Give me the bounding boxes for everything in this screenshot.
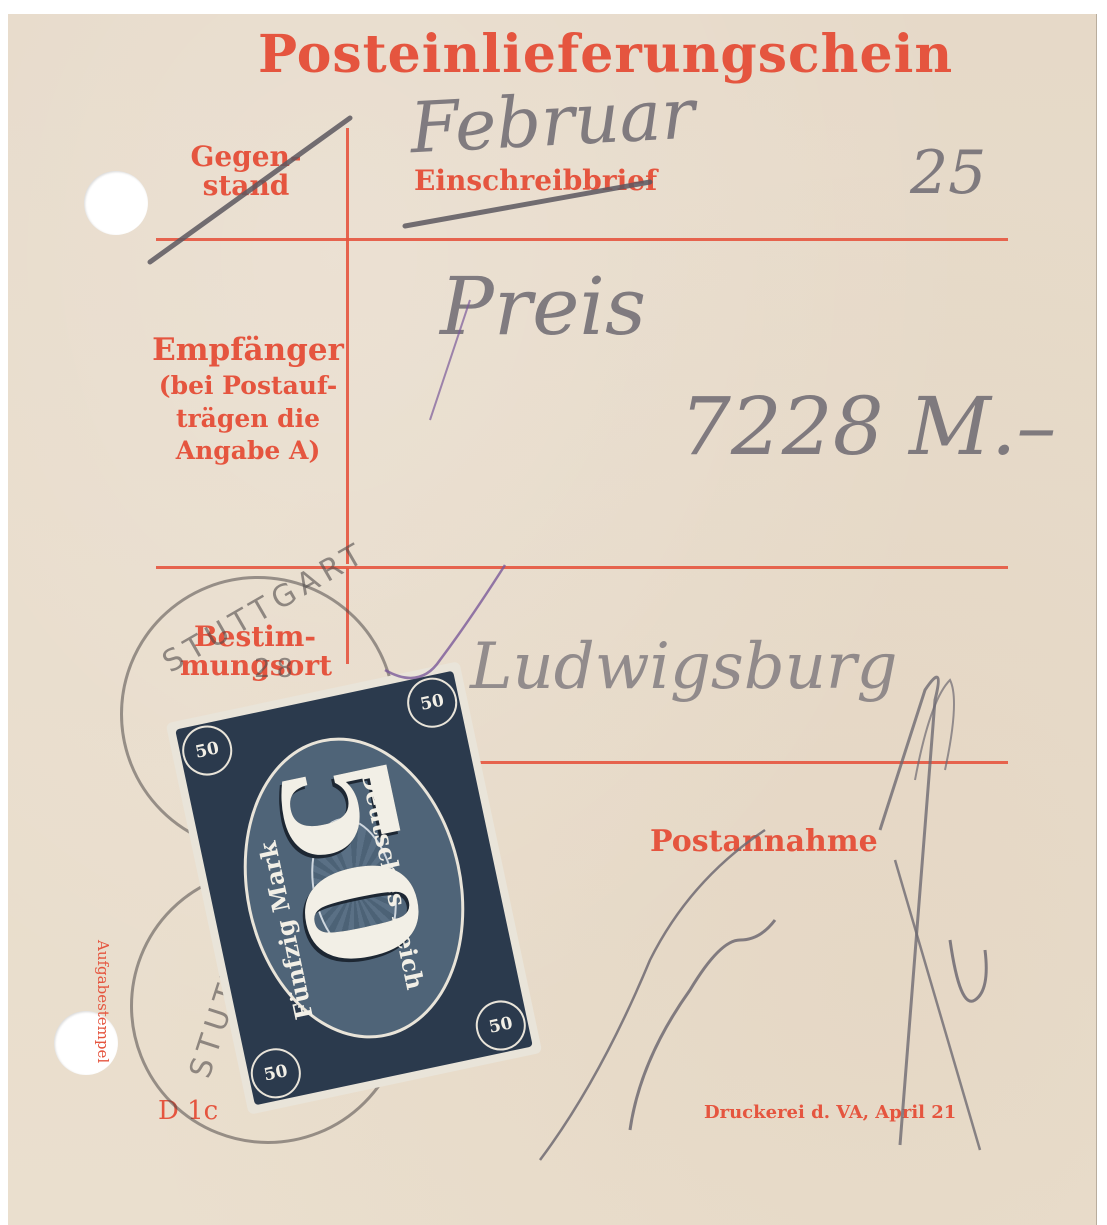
stamp-corner-tl: 50: [178, 721, 237, 780]
handwritten-item-number: 25: [910, 138, 986, 208]
label-empfaenger-line4: Angabe A): [150, 435, 346, 468]
punch-hole-top: [84, 171, 148, 235]
label-empfaenger-line2: (bei Postauf-: [150, 370, 346, 403]
row-divider-2: [156, 566, 1008, 569]
stamp-corner-tr: 50: [403, 673, 462, 732]
stamp-corner-br: 50: [471, 996, 530, 1055]
printer-note: Druckerei d. VA, April 21: [704, 1104, 956, 1123]
form-title: Posteinlieferungschein: [258, 24, 918, 85]
handwritten-destination: Ludwigsburg: [470, 630, 898, 704]
printed-einschreibbrief: Einschreibbrief: [414, 166, 657, 195]
label-gegenstand-line1: Gegen-: [166, 142, 326, 171]
label-empfaenger-line3: trägen die: [150, 403, 346, 436]
label-empfaenger: Empfänger (bei Postauf- trägen die Angab…: [150, 330, 346, 468]
stamp-corner-bl: 50: [246, 1044, 305, 1103]
label-postannahme: Postannahme: [650, 826, 878, 858]
label-gegenstand-line2: stand: [166, 171, 326, 200]
label-gegenstand: Gegen- stand: [166, 142, 326, 201]
handwritten-item: Februar: [408, 73, 697, 170]
postmark-upper-day: 28: [254, 654, 299, 684]
label-aufgabestempel: Aufgabestempel: [94, 940, 110, 1063]
handwritten-recipient-line2: 7228 M.–: [680, 380, 1056, 473]
handwritten-recipient-line1: Preis: [440, 260, 646, 353]
row-divider-1: [156, 238, 1008, 241]
label-empfaenger-line1: Empfänger: [150, 330, 346, 370]
column-divider: [346, 128, 349, 564]
row-divider-3: [472, 761, 1008, 764]
